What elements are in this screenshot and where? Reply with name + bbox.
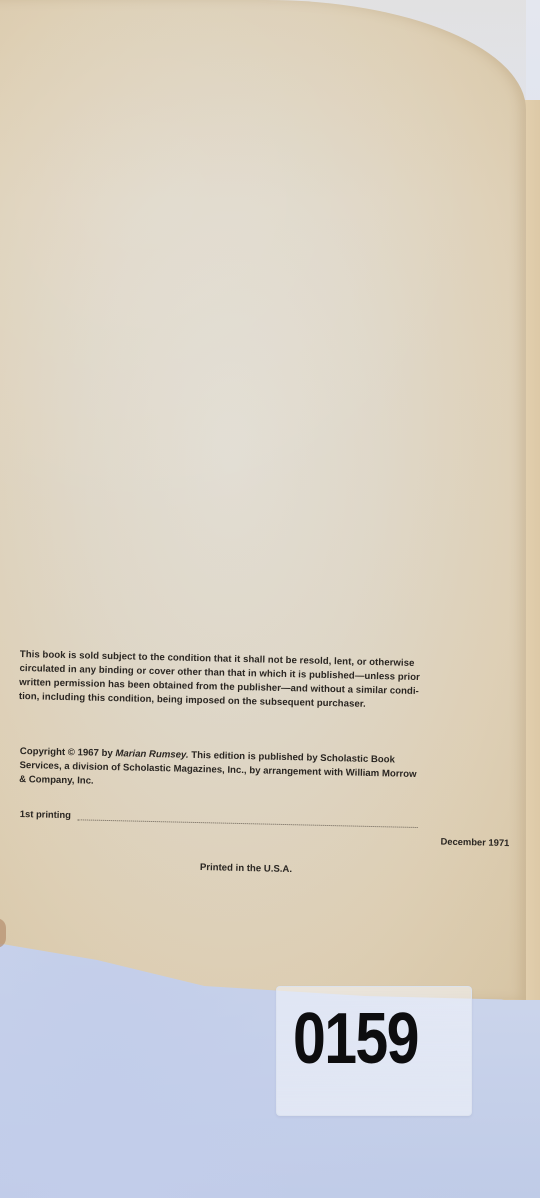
printed-in-notice: Printed in the U.S.A. (200, 862, 292, 875)
copyright-prefix: Copyright © 1967 by (20, 746, 116, 759)
printing-label: 1st printing (20, 808, 71, 820)
dotted-leader (78, 819, 418, 828)
copyright-author: Marian Rumsey. (115, 748, 188, 761)
sticker-number: 0159 (293, 1003, 418, 1075)
legal-notice: This book is sold subject to the conditi… (19, 648, 520, 715)
book-page (0, 0, 526, 1000)
inventory-sticker: 0159 (276, 986, 472, 1116)
printing-date: December 1971 (440, 836, 509, 849)
